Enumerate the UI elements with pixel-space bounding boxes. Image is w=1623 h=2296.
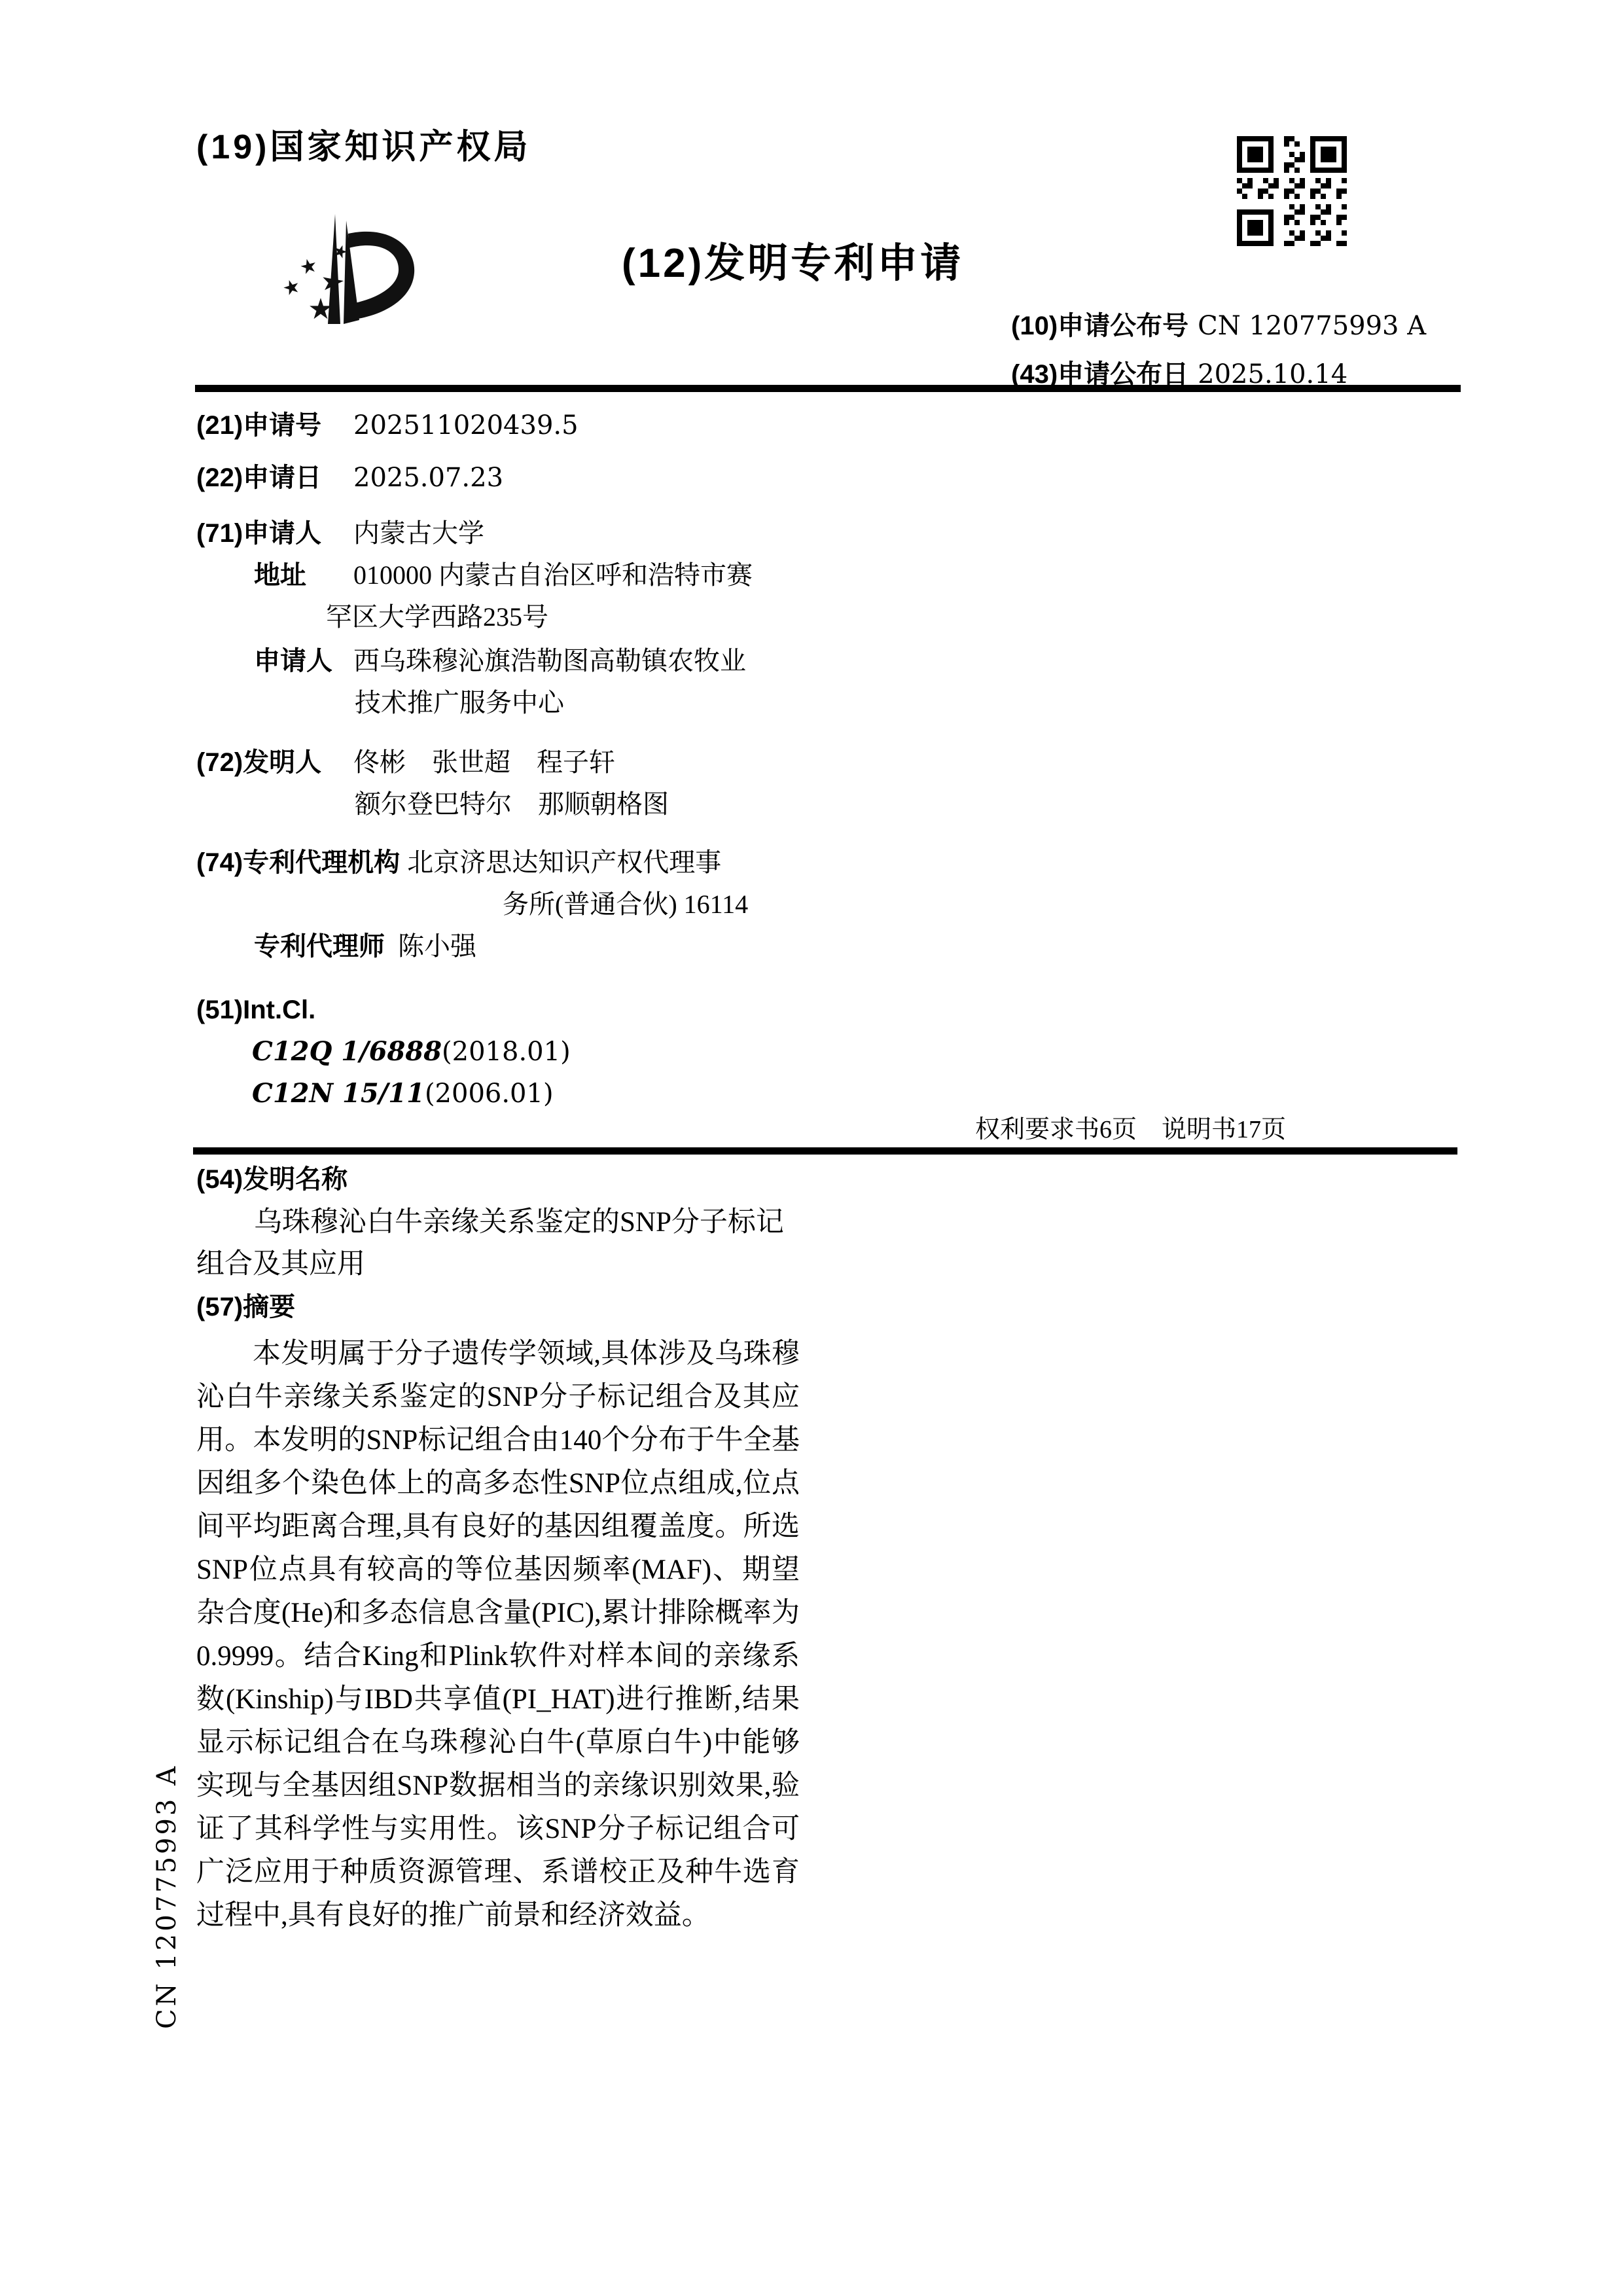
agency-line1: 北京济思达知识产权代理事: [407, 848, 721, 877]
inventors-row-cont: 额尔登巴特尔 那顺朝格图: [196, 783, 811, 825]
applicant-label: (71)申请人: [196, 512, 353, 554]
agent-row: 专利代理师陈小强: [196, 925, 811, 967]
application-date-row: (22)申请日2025.07.23: [196, 457, 811, 499]
abstract-section-label: (57)摘要: [196, 1286, 295, 1323]
inventors-line1: 佟彬 张世超 程子轩: [353, 747, 615, 777]
applicant2-line1: 西乌珠穆沁旗浩勒图高勒镇农牧业: [353, 646, 746, 675]
invention-title-line1: 乌珠穆沁白牛亲缘关系鉴定的SNP分子标记: [196, 1202, 811, 1244]
office-name: (19)国家知识产权局: [196, 119, 531, 168]
application-date-value: 2025.07.23: [353, 463, 503, 493]
svg-text:★: ★: [280, 275, 304, 301]
application-date-label: (22)申请日: [196, 457, 353, 499]
publication-number-value: CN 120775993 A: [1198, 311, 1426, 341]
application-number-label: (21)申请号: [196, 404, 353, 446]
address-row: 地址010000 内蒙古自治区呼和浩特市赛: [196, 554, 811, 596]
intcl2-row: C12N 15/11(2006.01): [196, 1073, 811, 1115]
invention-title-line2: 组合及其应用: [196, 1244, 811, 1285]
agency-row-cont: 务所(普通合伙) 16114: [196, 884, 811, 925]
agency-line2: 务所(普通合伙) 16114: [503, 889, 748, 919]
applicant-name: 内蒙古大学: [353, 518, 484, 548]
address-line1: 010000 内蒙古自治区呼和浩特市赛: [353, 560, 753, 590]
agent-name: 陈小强: [398, 931, 476, 961]
address-line2: 罕区大学西路235号: [326, 602, 548, 632]
applicant-row: (71)申请人内蒙古大学: [196, 512, 811, 554]
application-number-value: 202511020439.5: [353, 410, 579, 440]
publication-number-line: (10)申请公布号CN 120775993 A: [1011, 305, 1426, 342]
svg-text:★: ★: [298, 254, 320, 279]
publication-number-label: (10)申请公布号: [1011, 312, 1188, 340]
intcl-label: (51)Int.Cl.: [196, 996, 315, 1024]
pages-info: 权利要求书6页 说明书17页: [975, 1109, 1286, 1145]
patent-front-page: (19)国家知识产权局 ★ ★ ★ ★ ★ (12)发明专利申请 (10)申请公…: [0, 0, 1623, 2296]
abstract-text: 本发明属于分子遗传学领域,具体涉及乌珠穆沁白牛亲缘关系鉴定的SNP分子标记组合及…: [196, 1333, 800, 1937]
inventors-row: (72)发明人佟彬 张世超 程子轩: [196, 742, 811, 783]
title-section-label: (54)发明名称: [196, 1158, 348, 1196]
agent-label: 专利代理师: [254, 925, 398, 967]
intcl2-date: (2006.01): [425, 1079, 554, 1109]
bibliographic-section: (21)申请号202511020439.5 (22)申请日2025.07.23 …: [196, 404, 811, 1115]
address-label: 地址: [254, 554, 353, 596]
header-divider: [195, 385, 1461, 392]
cnipa-logo-icon: ★ ★ ★ ★ ★: [249, 206, 425, 340]
svg-text:★: ★: [308, 293, 333, 325]
applicant2-row-cont: 技术推广服务中心: [196, 682, 811, 724]
section-divider: [193, 1147, 1457, 1155]
applicant2-line2: 技术推广服务中心: [355, 688, 564, 717]
intcl1-code: C12Q 1/6888: [252, 1036, 442, 1067]
qr-code-icon: [1237, 136, 1347, 246]
application-number-row: (21)申请号202511020439.5: [196, 404, 811, 446]
applicant2-row: 申请人西乌珠穆沁旗浩勒图高勒镇农牧业: [196, 640, 811, 682]
inventors-label: (72)发明人: [196, 742, 353, 783]
document-type-title: (12)发明专利申请: [622, 230, 963, 289]
applicant2-label: 申请人: [254, 640, 353, 682]
intcl2-code: C12N 15/11: [252, 1078, 425, 1109]
intcl1-row: C12Q 1/6888(2018.01): [196, 1031, 811, 1073]
inventors-line2: 额尔登巴特尔 那顺朝格图: [355, 789, 669, 819]
agency-row: (74)专利代理机构 北京济思达知识产权代理事: [196, 842, 811, 884]
agency-label: (74)专利代理机构: [196, 848, 400, 877]
intcl1-date: (2018.01): [442, 1037, 571, 1067]
side-publication-number: CN 120775993 A: [152, 1793, 182, 2029]
intcl-row: (51)Int.Cl.: [196, 989, 811, 1031]
address-row-cont: 罕区大学西路235号: [196, 596, 811, 638]
